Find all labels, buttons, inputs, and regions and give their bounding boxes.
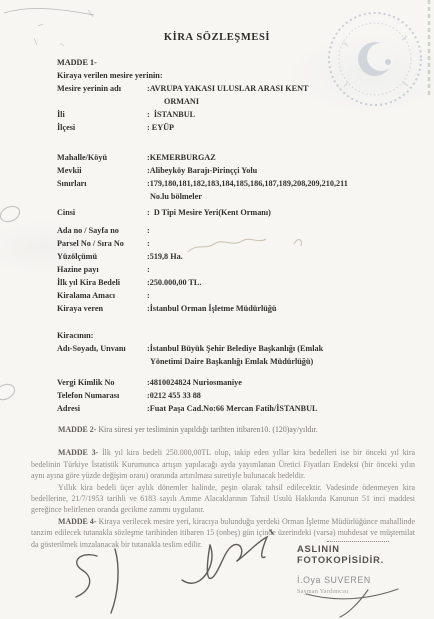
signature-left-s-mark bbox=[76, 549, 118, 613]
scanned-lease-document: KİRA SÖZLEŞMESİ MADDE 1- Kiraya verilen … bbox=[0, 0, 434, 619]
signature-right-flourish bbox=[306, 589, 398, 617]
ink-signatures bbox=[0, 0, 434, 619]
signature-center bbox=[182, 530, 273, 583]
